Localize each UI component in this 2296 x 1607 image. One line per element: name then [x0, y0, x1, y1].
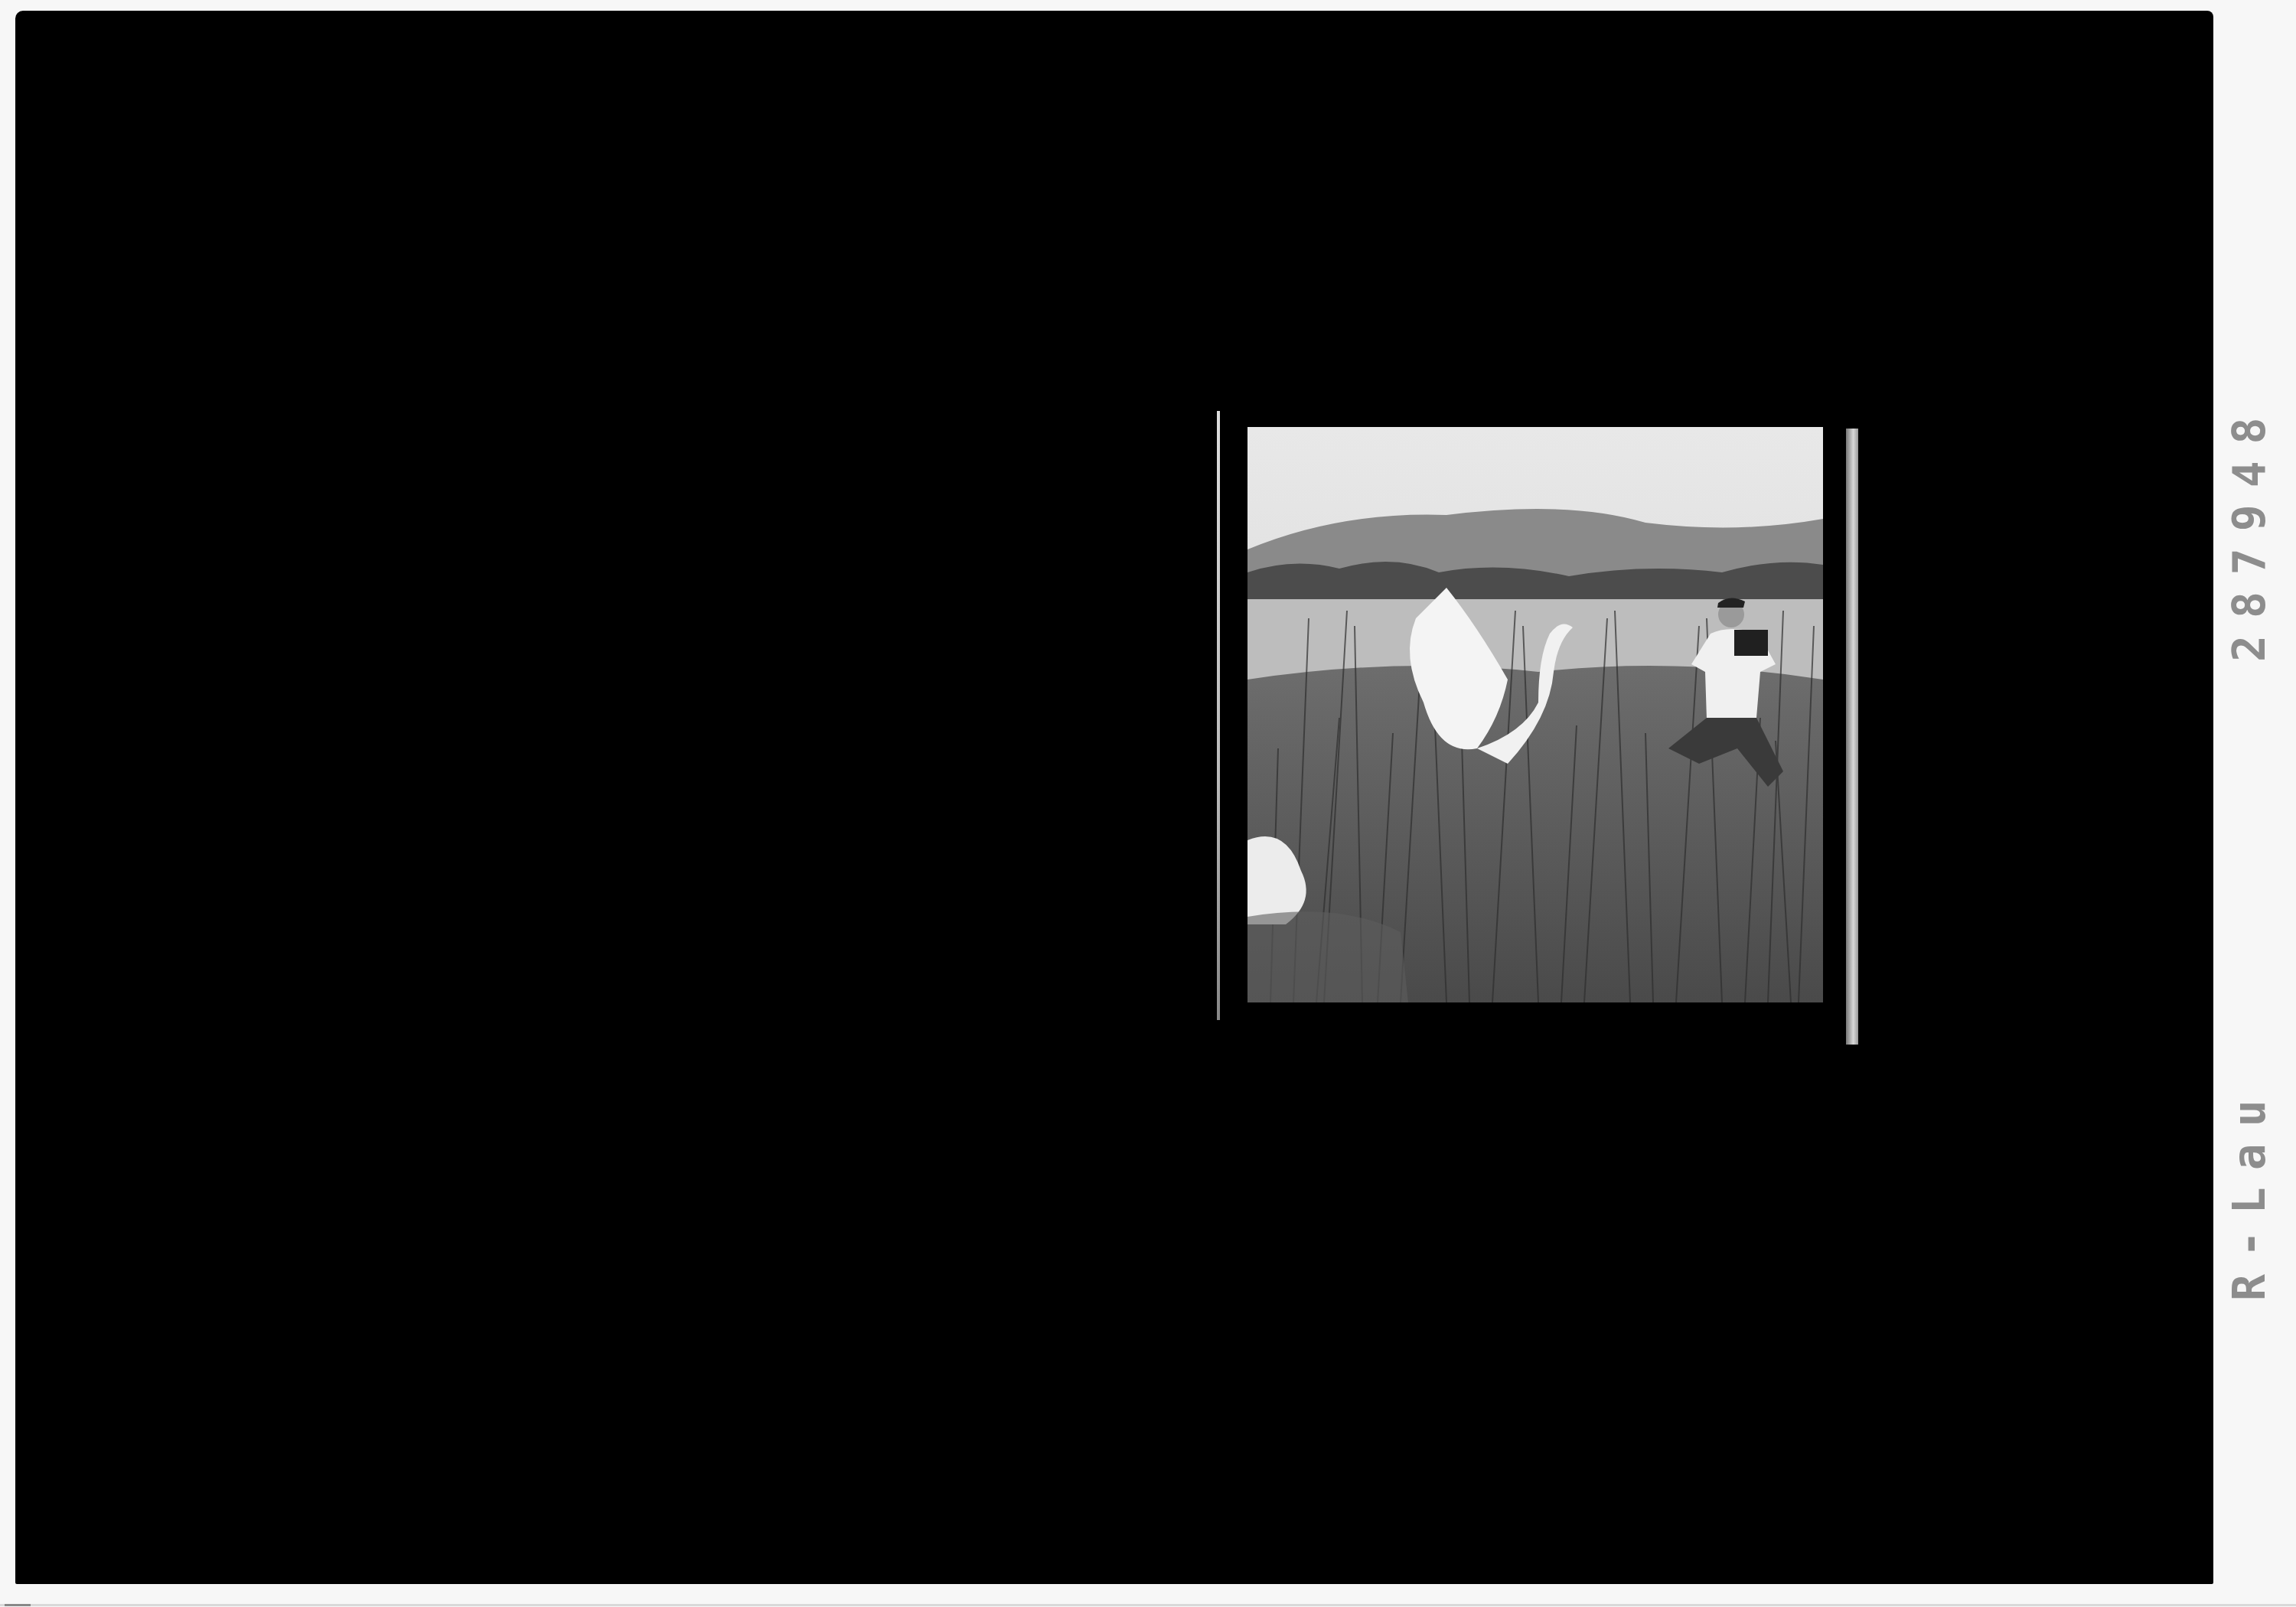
film-edge-strip-right — [1846, 429, 1858, 1045]
scan-bottom-rule — [0, 1604, 2296, 1606]
black-film-mat — [15, 11, 2213, 1584]
negative-number: 287948 — [2223, 400, 2275, 662]
scan-tab-mark — [5, 1604, 31, 1606]
nest — [1247, 911, 1408, 1002]
film-edge-line-left — [1217, 411, 1220, 1020]
photo-scene — [1247, 427, 1823, 1002]
photograph — [1247, 427, 1823, 1002]
archive-label: R-Lau — [2223, 1083, 2275, 1301]
box-camera — [1734, 630, 1768, 656]
